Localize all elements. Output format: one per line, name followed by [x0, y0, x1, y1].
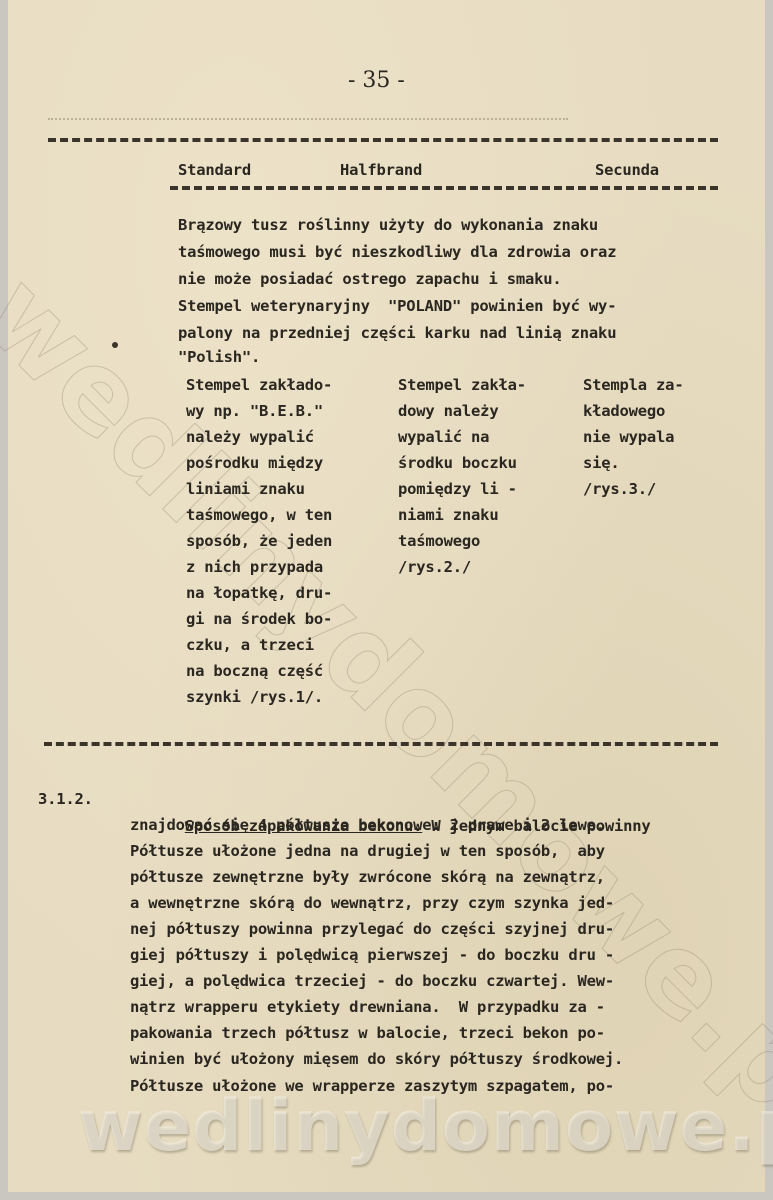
- header-standard: Standard: [178, 157, 251, 184]
- header-bottom-rule: [170, 186, 718, 190]
- faint-dotted-line: [48, 118, 568, 120]
- table-bottom-rule: [44, 742, 718, 746]
- margin-bullet: [112, 342, 118, 348]
- header-halfbrand: Halfbrand: [340, 157, 422, 184]
- document-page: wedlinydomowe.pl - 35 - Standard Halfbra…: [8, 0, 765, 1192]
- table-top-rule: [48, 138, 718, 142]
- page-number: - 35 -: [348, 68, 405, 93]
- section-number: 3.1.2.: [38, 786, 93, 813]
- watermark-bottom: wedlinydomowe.pl: [78, 1085, 773, 1167]
- header-secunda: Secunda: [595, 157, 659, 184]
